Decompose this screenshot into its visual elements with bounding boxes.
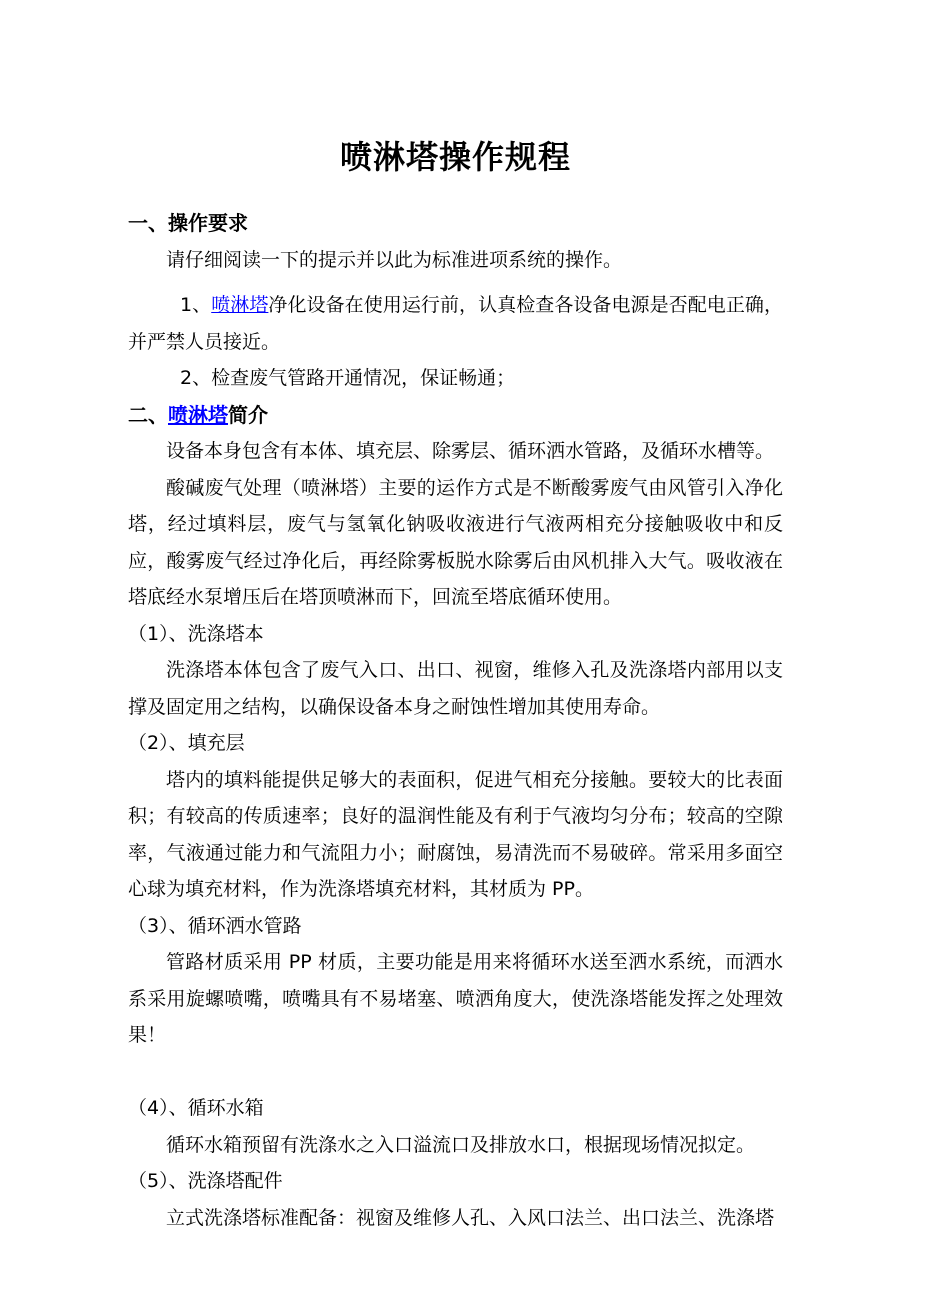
spray-tower-link[interactable]: 喷淋塔 — [211, 294, 268, 316]
subsection-heading: （3）、循环洒水管路 — [128, 908, 783, 945]
section-heading: 二、喷淋塔简介 — [128, 397, 783, 434]
blank-line — [128, 1054, 783, 1091]
text-run: （5）、洗涤塔配件 — [128, 1170, 283, 1192]
doc-title: 喷淋塔操作规程 — [128, 137, 783, 177]
text-run: 酸碱废气处理（喷淋塔）主要的运作方式是不断酸雾废气由风管引入净化塔，经过填料层，… — [128, 477, 783, 609]
paragraph: 酸碱废气处理（喷淋塔）主要的运作方式是不断酸雾废气由风管引入净化塔，经过填料层，… — [128, 470, 783, 616]
section-heading: 一、操作要求 — [128, 205, 783, 242]
subsection-heading: （1）、洗涤塔本 — [128, 616, 783, 653]
text-run: （4）、循环水箱 — [128, 1097, 264, 1119]
subsection-heading: （4）、循环水箱 — [128, 1090, 783, 1127]
text-run: 塔内的填料能提供足够大的表面积，促进气相充分接触。要较大的比表面积；有较高的传质… — [128, 769, 783, 901]
document-page: 喷淋塔操作规程 一、操作要求请仔细阅读一下的提示并以此为标准进项系统的操作。1、… — [0, 0, 926, 1310]
text-run: 一、操作要求 — [128, 211, 248, 235]
paragraph: 设备本身包含有本体、填充层、除雾层、循环洒水管路，及循环水槽等。 — [128, 433, 783, 470]
subsection-heading: （2）、填充层 — [128, 725, 783, 762]
text-run: （2）、填充层 — [128, 732, 245, 754]
text-run: （1）、洗涤塔本 — [128, 623, 264, 645]
text-run: （3）、循环洒水管路 — [128, 915, 302, 937]
paragraph: 1、喷淋塔净化设备在使用运行前，认真检查各设备电源是否配电正确，并严禁人员接近。 — [128, 287, 783, 360]
text-run: 洗涤塔本体包含了废气入口、出口、视窗，维修入孔及洗涤塔内部用以支撑及固定用之结构… — [128, 659, 783, 718]
subsection-heading: （5）、洗涤塔配件 — [128, 1163, 783, 1200]
text-run: 二、 — [128, 403, 168, 427]
paragraph: 循环水箱预留有洗涤水之入口溢流口及排放水口，根据现场情况拟定。 — [128, 1127, 783, 1164]
text-run: 管路材质采用 PP 材质，主要功能是用来将循环水送至洒水系统，而洒水系采用旋螺喷… — [128, 951, 783, 1046]
text-run: 2、检查废气管路开通情况，保证畅通； — [180, 367, 515, 389]
document-content: 喷淋塔操作规程 一、操作要求请仔细阅读一下的提示并以此为标准进项系统的操作。1、… — [0, 0, 926, 1236]
text-run: 简介 — [228, 403, 268, 427]
spray-tower-link[interactable]: 喷淋塔 — [168, 403, 228, 427]
text-run: 循环水箱预留有洗涤水之入口溢流口及排放水口，根据现场情况拟定。 — [166, 1134, 755, 1156]
text-run: 设备本身包含有本体、填充层、除雾层、循环洒水管路，及循环水槽等。 — [166, 440, 774, 462]
paragraph: 洗涤塔本体包含了废气入口、出口、视窗，维修入孔及洗涤塔内部用以支撑及固定用之结构… — [128, 652, 783, 725]
text-run: 1、 — [180, 294, 211, 316]
paragraph: 2、检查废气管路开通情况，保证畅通； — [128, 360, 783, 397]
paragraph: 塔内的填料能提供足够大的表面积，促进气相充分接触。要较大的比表面积；有较高的传质… — [128, 762, 783, 908]
paragraph: 管路材质采用 PP 材质，主要功能是用来将循环水送至洒水系统，而洒水系采用旋螺喷… — [128, 944, 783, 1054]
text-run: 立式洗涤塔标准配备：视窗及维修人孔、入风口法兰、出口法兰、洗涤塔 — [166, 1207, 774, 1229]
paragraph: 立式洗涤塔标准配备：视窗及维修人孔、入风口法兰、出口法兰、洗涤塔 — [128, 1200, 783, 1237]
text-run: 请仔细阅读一下的提示并以此为标准进项系统的操作。 — [166, 249, 622, 271]
paragraph: 请仔细阅读一下的提示并以此为标准进项系统的操作。 — [128, 242, 783, 279]
document-body: 一、操作要求请仔细阅读一下的提示并以此为标准进项系统的操作。1、喷淋塔净化设备在… — [128, 205, 783, 1236]
